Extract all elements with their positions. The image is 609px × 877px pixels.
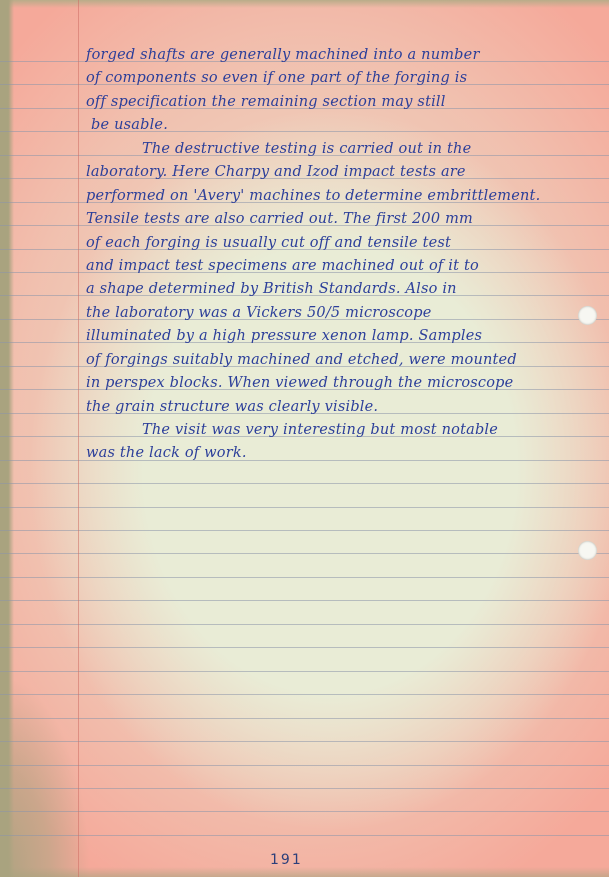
- page-top-edge: [0, 0, 609, 8]
- ruled-line: [0, 483, 609, 484]
- text-line: off specification the remaining section …: [86, 91, 586, 114]
- handwritten-text: forged shafts are generally machined int…: [86, 44, 586, 466]
- text-line: a shape determined by British Standards.…: [86, 278, 586, 301]
- text-line: of forgings suitably machined and etched…: [86, 349, 586, 372]
- text-line: be usable.: [86, 114, 586, 137]
- ruled-line: [0, 835, 609, 836]
- text-line: the laboratory was a Vickers 50/5 micros…: [86, 302, 586, 325]
- ruled-line: [0, 600, 609, 601]
- text-line: of each forging is usually cut off and t…: [86, 232, 586, 255]
- ruled-line: [0, 530, 609, 531]
- ruled-line: [0, 741, 609, 742]
- ruled-line: [0, 507, 609, 508]
- ruled-line: [0, 553, 609, 554]
- page-bottom-edge: [0, 867, 609, 877]
- text-line: illuminated by a high pressure xenon lam…: [86, 325, 586, 348]
- ruled-line: [0, 647, 609, 648]
- text-line: performed on 'Avery' machines to determi…: [86, 185, 586, 208]
- text-line: the grain structure was clearly visible.: [86, 396, 586, 419]
- ruled-line: [0, 694, 609, 695]
- text-line: and impact test specimens are machined o…: [86, 255, 586, 278]
- page-corner-discoloration: [0, 640, 110, 877]
- text-line: of components so even if one part of the…: [86, 67, 586, 90]
- ruled-line: [0, 671, 609, 672]
- text-line: The visit was very interesting but most …: [86, 419, 586, 442]
- text-line: laboratory. Here Charpy and Izod impact …: [86, 161, 586, 184]
- ruled-line: [0, 811, 609, 812]
- page-number: 191: [270, 852, 303, 868]
- ruled-line: [0, 624, 609, 625]
- notebook-page: forged shafts are generally machined int…: [0, 0, 609, 877]
- ruled-line: [0, 577, 609, 578]
- ruled-line: [0, 765, 609, 766]
- text-line: was the lack of work.: [86, 442, 586, 465]
- ruled-line: [0, 718, 609, 719]
- text-line: forged shafts are generally machined int…: [86, 44, 586, 67]
- punch-hole-lower: [578, 541, 597, 560]
- ruled-line: [0, 788, 609, 789]
- text-line: in perspex blocks. When viewed through t…: [86, 372, 586, 395]
- text-line: The destructive testing is carried out i…: [86, 138, 586, 161]
- text-line: Tensile tests are also carried out. The …: [86, 208, 586, 231]
- margin-line: [78, 0, 79, 877]
